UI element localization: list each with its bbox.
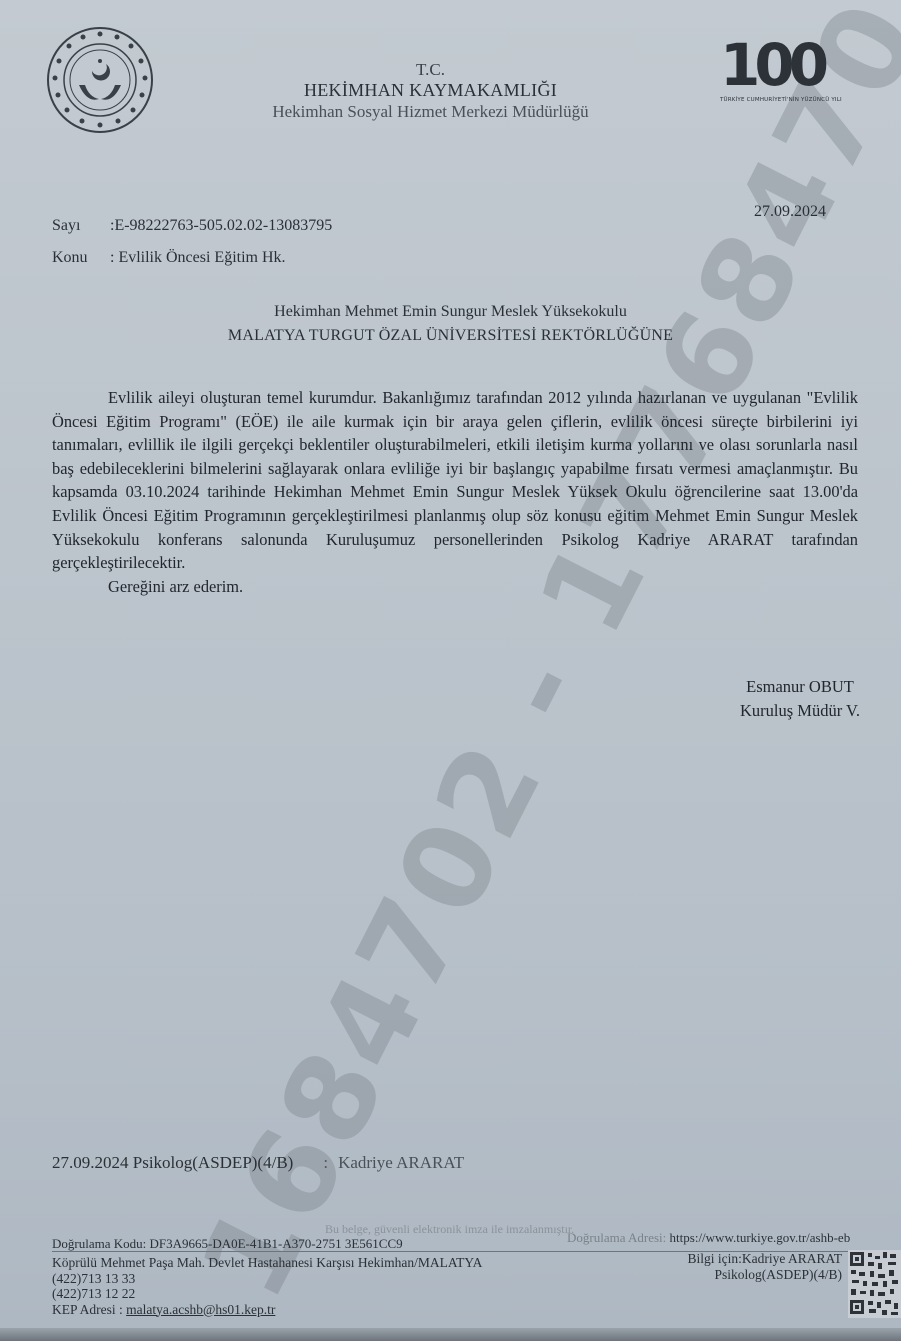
esign-note: Bu belge, güvenli elektronik imza ile im… [325,1222,574,1237]
phone-1: (422)713 13 33 [52,1271,482,1287]
kep-address-link[interactable]: malatya.acshb@hs01.kep.tr [126,1302,275,1317]
centennial-number: 100 [720,35,850,95]
addressee-line-2: MALATYA TURGUT ÖZAL ÜNİVERSİTESİ REKTÖRL… [0,327,901,345]
verification-address: Doğrulama Adresi: https://www.turkiye.go… [567,1230,850,1246]
prepared-name: Kadriye ARARAT [338,1153,464,1172]
subject-value: : Evlilik Öncesi Eğitim Hk. [110,249,286,266]
verification-address-link[interactable]: https://www.turkiye.gov.tr/ashb-eb [670,1230,851,1245]
signature-block: Esmanur OBUT Kuruluş Müdür V. [700,675,900,723]
prepared-by-line: 27.09.2024 Psikolog(ASDEP)(4/B):Kadriye … [52,1153,464,1173]
info-contact-name: Bilgi için:Kadriye ARARAT [620,1251,842,1267]
signer-title: Kuruluş Müdür V. [700,699,900,723]
centennial-caption: TÜRKİYE CUMHURİYETİ'NİN YÜZÜNCÜ YILI [720,97,850,103]
phone-2: (422)713 12 22 [52,1286,482,1302]
verification-address-label: Doğrulama Adresi: [567,1230,666,1245]
qr-code-icon [848,1250,901,1318]
info-contact-title: Psikolog(ASDEP)(4/B) [620,1267,842,1283]
contact-block: Köprülü Mehmet Paşa Mah. Devlet Hastahan… [52,1255,482,1317]
postal-address: Köprülü Mehmet Paşa Mah. Devlet Hastahan… [52,1255,482,1271]
closing-line: Gereğini arz ederim. [52,575,858,599]
verification-code: Doğrulama Kodu: DF3A9665-DA0E-41B1-A370-… [52,1236,403,1252]
signer-name: Esmanur OBUT [700,675,900,699]
reference-number-row: Sayı:E-98222763-505.02.02-13083795 [52,217,332,235]
page-edge-shadow [0,1328,901,1341]
letter-body: Evlilik aileyi oluşturan temel kurumdur.… [52,386,858,598]
document-date: 27.09.2024 [754,203,826,221]
info-contact-block: Bilgi için:Kadriye ARARAT Psikolog(ASDEP… [620,1251,842,1283]
addressee-line-1: Hekimhan Mehmet Emin Sungur Meslek Yükse… [0,303,901,321]
kep-label: KEP Adresi : [52,1302,123,1317]
centennial-logo: 100 TÜRKİYE CUMHURİYETİ'NİN YÜZÜNCÜ YILI [720,35,850,115]
reference-value: :E-98222763-505.02.02-13083795 [110,217,332,234]
subject-row: Konu: Evlilik Öncesi Eğitim Hk. [52,249,286,267]
kep-address-row: KEP Adresi : malatya.acshb@hs01.kep.tr [52,1302,482,1318]
prepared-separator: : [323,1153,328,1172]
subject-label: Konu [52,249,110,267]
reference-label: Sayı [52,217,110,235]
body-paragraph: Evlilik aileyi oluşturan temel kurumdur.… [52,386,858,575]
prepared-date-role: 27.09.2024 Psikolog(ASDEP)(4/B) [52,1153,293,1172]
